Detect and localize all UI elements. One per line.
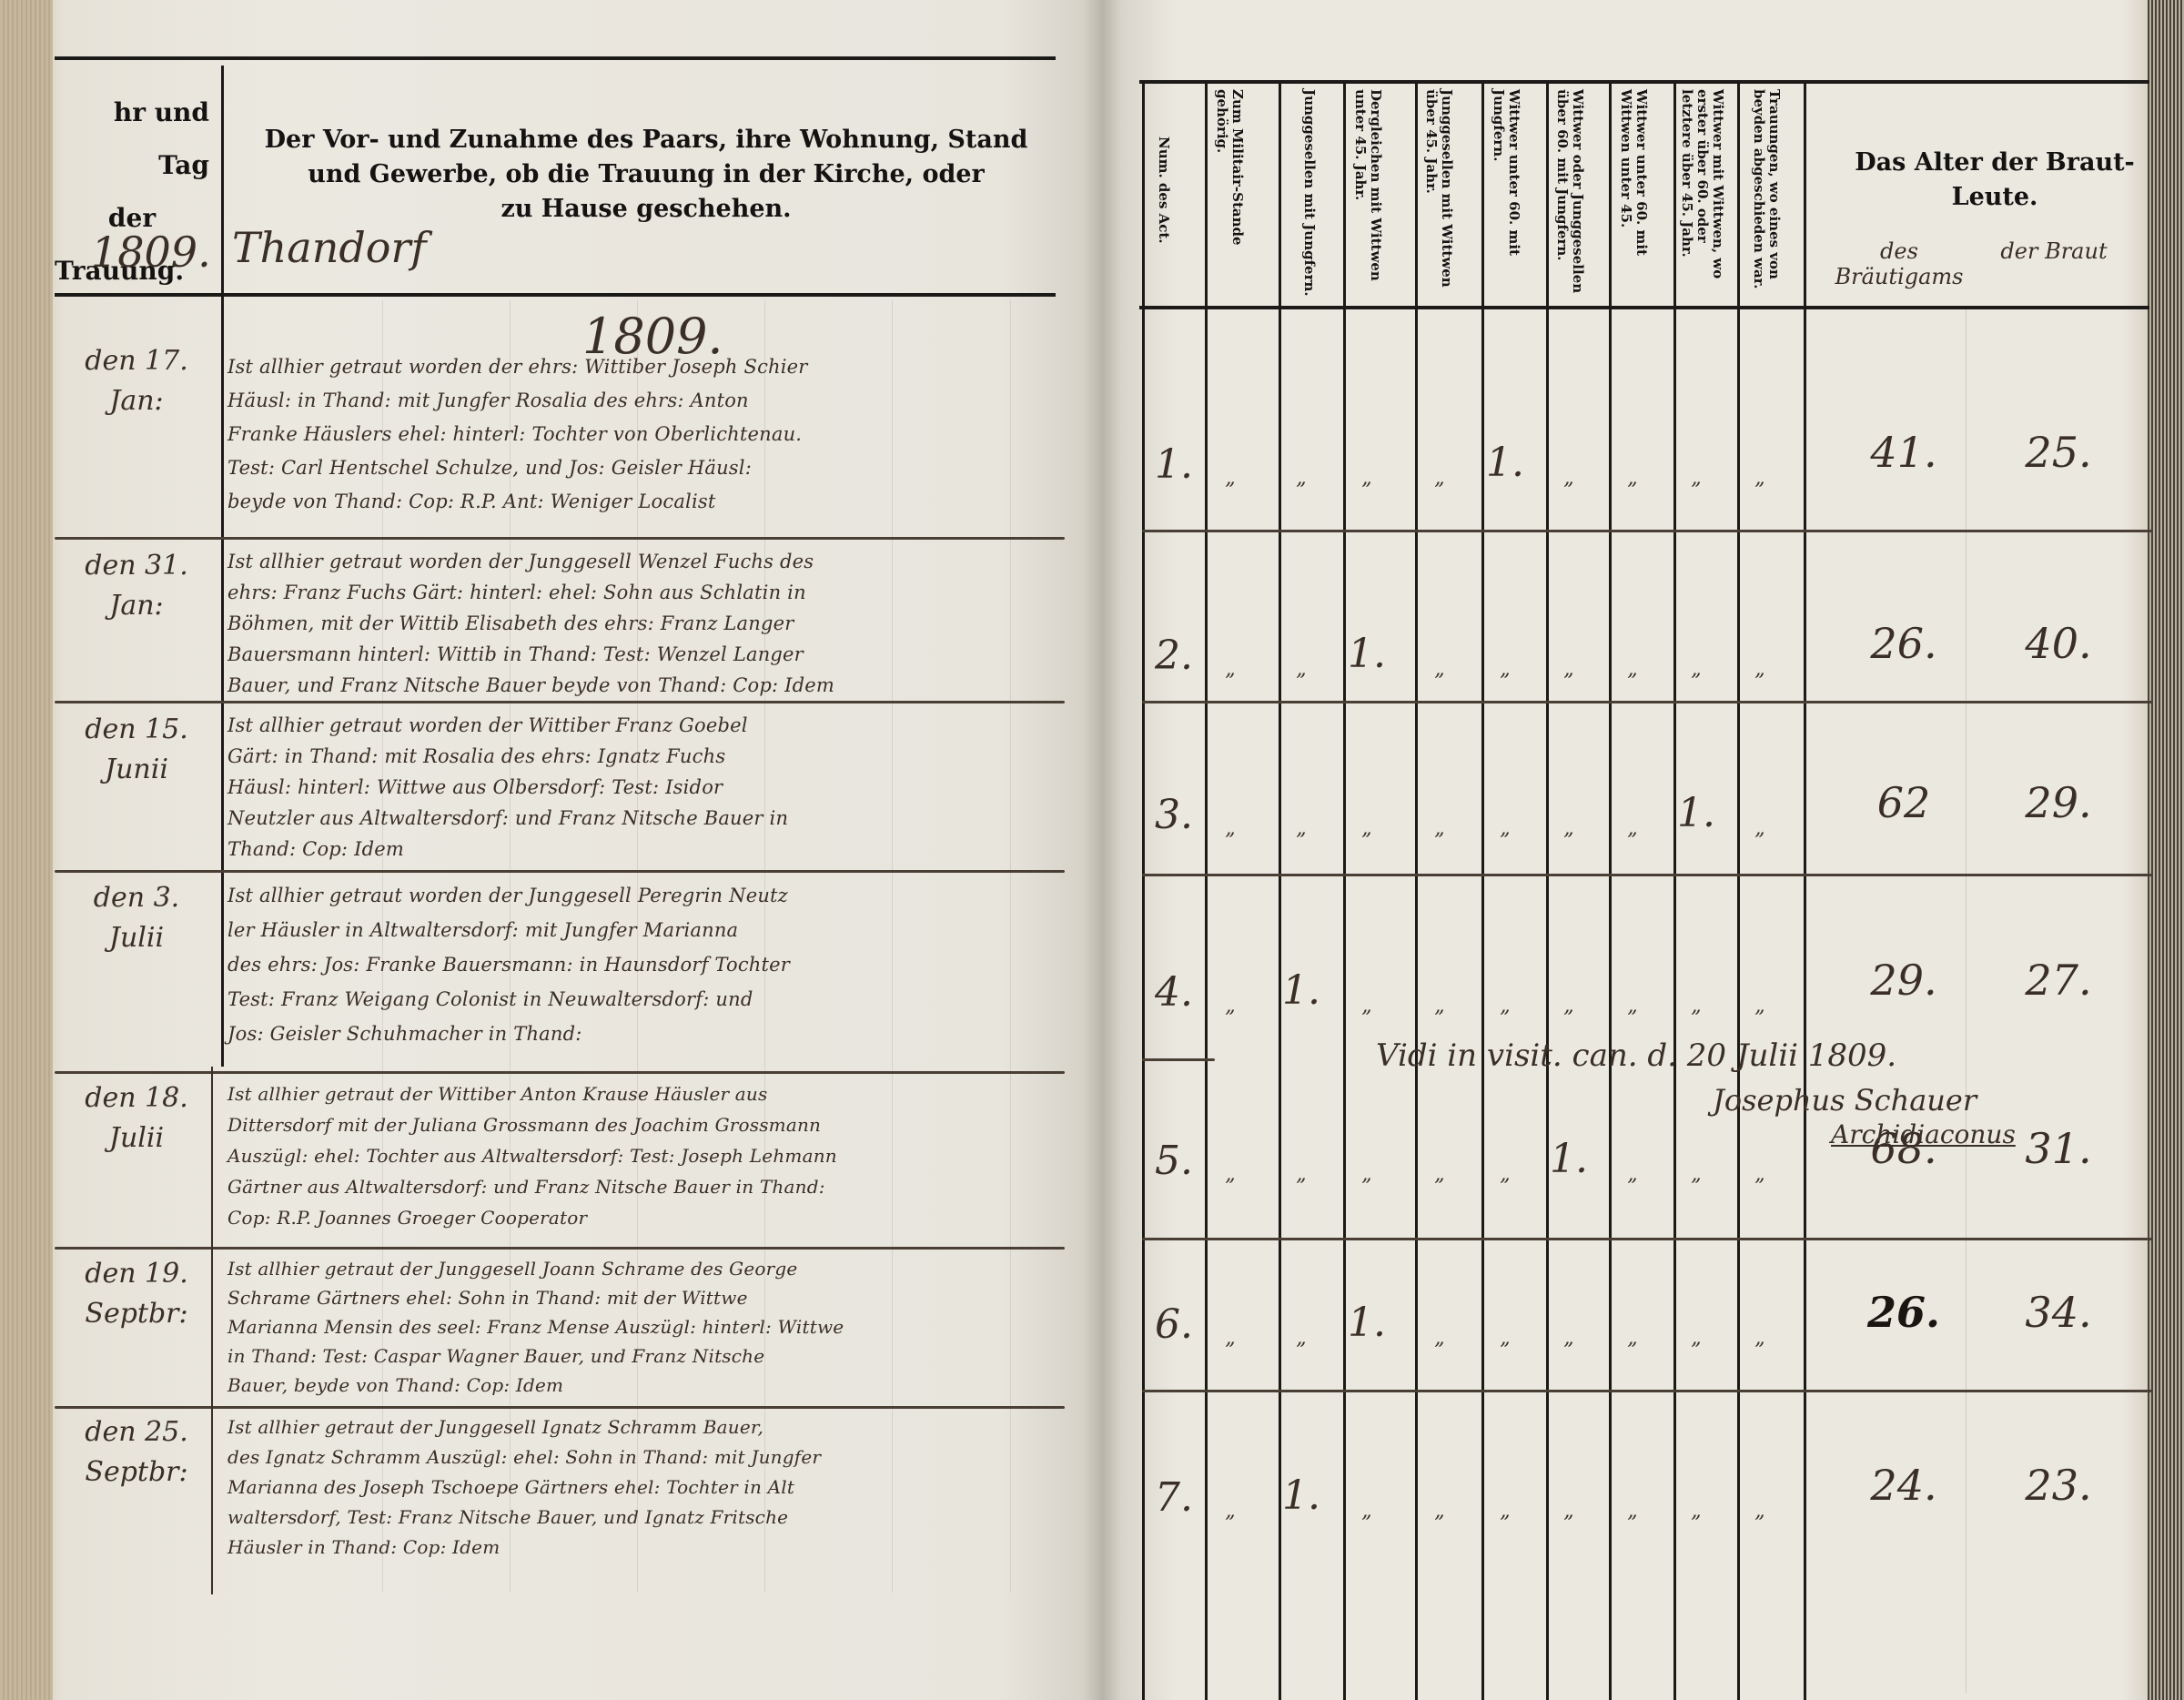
column-rule — [1804, 84, 1806, 1700]
ditto-mark: „ — [1542, 1327, 1596, 1350]
row-separator — [55, 1071, 1065, 1074]
entry-date: den 17. Jan: — [55, 341, 218, 421]
date-line: den 15. — [55, 710, 218, 750]
ditto-mark: „ — [1274, 817, 1329, 840]
ditto-mark: „ — [1605, 467, 1660, 490]
ditto-mark: „ — [1203, 817, 1258, 840]
date-line: Septbr: — [55, 1294, 218, 1334]
tally-count: 1. — [1274, 1472, 1329, 1519]
ditto-mark: „ — [1605, 1500, 1660, 1523]
ditto-mark: „ — [1733, 1163, 1787, 1186]
text-line: Cop: R.P. Joannes Groeger Cooperator — [227, 1202, 1065, 1233]
text-line: Bauer, beyde von Thand: Cop: Idem — [227, 1371, 1065, 1400]
ditto-mark: „ — [1733, 1327, 1787, 1350]
ditto-mark: „ — [1605, 1163, 1660, 1186]
row-separator — [55, 701, 1065, 703]
left-page: hr und Tag der Trauung. 1809. Der Vor- u… — [0, 0, 1103, 1700]
header-line: Der Vor- und Zunahme des Paars, ihre Woh… — [237, 123, 1056, 157]
header-widows-under-45: Dergleichen mit Wittwen unter 45. Jahr. — [1350, 89, 1383, 303]
row-separator — [1142, 1238, 2152, 1240]
text-line: Marianna des Joseph Tschoepe Gärtners eh… — [227, 1472, 1065, 1503]
ditto-mark: „ — [1340, 995, 1394, 1017]
text-line: Schrame Gärtners ehel: Sohn in Thand: mi… — [227, 1283, 1065, 1312]
ditto-mark: „ — [1478, 995, 1532, 1017]
visitation-signature: Josephus Schauer — [1713, 1083, 1977, 1118]
text-line: Ist allhier getraut worden der Junggesel… — [227, 878, 1065, 913]
groom-age-header: des Bräutigams — [1822, 238, 1977, 289]
ditto-mark: „ — [1605, 1327, 1660, 1350]
row-separator — [55, 870, 1065, 873]
header-widowers-under-60: Wittwer unter 60. mit Jungfern. — [1489, 89, 1522, 303]
header-divorced: Trauungen, wo eines von beyden abgeschie… — [1749, 89, 1782, 303]
book-page-edges — [0, 0, 53, 1700]
text-line: Häusl: hinterl: Wittwe aus Olbersdorf: T… — [227, 772, 1065, 803]
tally-count: 1. — [1478, 440, 1532, 486]
tally-row: 2.„„1.„„„„„„26.40. — [1103, 651, 2184, 724]
date-line: den 3. — [55, 878, 218, 918]
date-line: Julii — [55, 1118, 218, 1159]
text-line: in Thand: Test: Caspar Wagner Bauer, und… — [227, 1341, 1065, 1371]
entry-date: den 19. Septbr: — [55, 1254, 218, 1334]
text-line: beyde von Thand: Cop: R.P. Ant: Weniger … — [227, 485, 1065, 519]
visitation-note: Vidi in visit. can. d. 20 Julii 1809. — [1376, 1037, 1896, 1074]
ditto-mark: „ — [1412, 1500, 1467, 1523]
text-line: Ist allhier getraut worden der Junggesel… — [227, 546, 1065, 577]
column-rule — [1737, 84, 1740, 1700]
header-line: Das Alter der Braut- — [1822, 146, 2168, 180]
header-bachelors-widows-over-45: Junggesellen mit Wittwen über 45. Jahr. — [1421, 89, 1454, 303]
right-page: Num. des Act. Zum Militair-Stande gehöri… — [1103, 0, 2184, 1700]
date-line: Septbr: — [55, 1452, 218, 1493]
bride-age-header: der Braut — [1977, 238, 2131, 264]
entry-date: den 25. Septbr: — [55, 1412, 218, 1493]
text-line: des ehrs: Jos: Franke Bauersmann: in Hau… — [227, 947, 1065, 982]
date-line: den 18. — [55, 1078, 218, 1118]
groom-age: 62 — [1849, 778, 1958, 827]
bride-age: 31. — [2004, 1124, 2113, 1173]
tally-count: 1. — [1669, 790, 1724, 836]
ditto-mark: „ — [1203, 1163, 1258, 1186]
text-line: Franke Häuslers ehel: hinterl: Tochter v… — [227, 418, 1065, 451]
ditto-mark: „ — [1733, 467, 1787, 490]
column-rule — [1142, 84, 1145, 1700]
ditto-mark: „ — [1669, 1163, 1724, 1186]
header-line: und Gewerbe, ob die Trauung in der Kirch… — [237, 157, 1056, 192]
ditto-mark: „ — [1542, 467, 1596, 490]
ditto-mark: „ — [1274, 1163, 1329, 1186]
text-line: ehrs: Franz Fuchs Gärt: hinterl: ehel: S… — [227, 577, 1065, 608]
ditto-mark: „ — [1274, 658, 1329, 681]
column-rule — [1205, 84, 1208, 1700]
ditto-mark: „ — [1340, 1500, 1394, 1523]
row-separator — [55, 1247, 1065, 1250]
row-number: 2. — [1147, 632, 1201, 679]
header-line: zu Hause geschehen. — [237, 192, 1056, 227]
entry-text: Ist allhier getraut worden der Junggesel… — [227, 878, 1065, 1051]
ditto-mark: „ — [1274, 467, 1329, 490]
header-line: hr und Tag — [55, 86, 209, 192]
date-line: den 19. — [55, 1254, 218, 1294]
text-line: Test: Franz Weigang Colonist in Neuwalte… — [227, 982, 1065, 1017]
text-line: Ist allhier getraut der Junggesell Ignat… — [227, 1412, 1065, 1442]
bride-age: 40. — [2004, 619, 2113, 668]
ditto-mark: „ — [1542, 995, 1596, 1017]
ditto-mark: „ — [1412, 467, 1467, 490]
row-number: 1. — [1147, 441, 1201, 488]
text-line: Bauer, und Franz Nitsche Bauer beyde von… — [227, 670, 1065, 701]
entry-text: Ist allhier getraut worden der ehrs: Wit… — [227, 350, 1065, 519]
tally-row: 5.„„„„„1.„„„68.31. — [1103, 1156, 2184, 1229]
ditto-mark: „ — [1478, 1163, 1532, 1186]
ditto-mark: „ — [1412, 1327, 1467, 1350]
text-line: Test: Carl Hentschel Schulze, und Jos: G… — [227, 451, 1065, 485]
ditto-mark: „ — [1733, 995, 1787, 1017]
ditto-mark: „ — [1203, 467, 1258, 490]
ditto-mark: „ — [1203, 1327, 1258, 1350]
ditto-mark: „ — [1542, 1500, 1596, 1523]
column-rule — [1343, 84, 1346, 1700]
entry-date: den 15. Junii — [55, 710, 218, 790]
tally-count: 1. — [1542, 1136, 1596, 1182]
row-number: 3. — [1147, 792, 1201, 838]
entry-text: Ist allhier getraut der Junggesell Ignat… — [227, 1412, 1065, 1563]
date-line: Jan: — [55, 586, 218, 626]
ditto-mark: „ — [1542, 817, 1596, 840]
row-number: 6. — [1147, 1301, 1201, 1348]
date-line: Junii — [55, 750, 218, 790]
ditto-mark: „ — [1669, 467, 1724, 490]
tally-row: 6.„„1.„„„„„„26.34. — [1103, 1320, 2184, 1392]
tally-row: 1.„„„„1.„„„„41.25. — [1103, 460, 2184, 532]
tally-row: 3.„„„„„„„1.„6229. — [1103, 810, 2184, 883]
header-year: 1809. — [91, 228, 211, 277]
ditto-mark: „ — [1412, 817, 1467, 840]
ditto-mark: „ — [1478, 1500, 1532, 1523]
text-line: Häusler in Thand: Cop: Idem — [227, 1533, 1065, 1563]
ditto-mark: „ — [1412, 658, 1467, 681]
header-line: Leute. — [1822, 180, 2168, 215]
entry-text: Ist allhier getraut worden der Junggesel… — [227, 546, 1065, 701]
ditto-mark: „ — [1733, 1500, 1787, 1523]
column-rule — [1546, 84, 1549, 1700]
header-top-rule — [1139, 80, 2149, 84]
date-line: Julii — [55, 918, 218, 958]
visitation-title: Archidiaconus — [1831, 1119, 2016, 1149]
text-line: Ist allhier getraut der Wittiber Anton K… — [227, 1078, 1065, 1109]
text-line: Häusl: in Thand: mit Jungfer Rosalia des… — [227, 384, 1065, 418]
text-line: Böhmen, mit der Wittib Elisabeth des ehr… — [227, 608, 1065, 639]
parish-name: Thandorf — [232, 223, 427, 272]
ditto-mark: „ — [1340, 817, 1394, 840]
date-column-rule — [221, 66, 224, 1067]
bride-age: 29. — [2004, 778, 2113, 827]
ditto-mark: „ — [1478, 658, 1532, 681]
text-line: Bauersmann hinterl: Wittib in Thand: Tes… — [227, 639, 1065, 670]
column-rule — [1481, 84, 1484, 1700]
row-number: 7. — [1147, 1474, 1201, 1521]
ditto-mark: „ — [1412, 995, 1467, 1017]
header-num: Num. des Act. — [1156, 137, 1171, 300]
header-bottom-rule — [1139, 306, 2149, 309]
text-line: Gärt: in Thand: mit Rosalia des ehrs: Ig… — [227, 741, 1065, 772]
text-line: Thand: Cop: Idem — [227, 834, 1065, 865]
row-separator — [55, 1406, 1065, 1409]
ditto-mark: „ — [1605, 658, 1660, 681]
groom-age: 26. — [1849, 619, 1958, 668]
ditto-mark: „ — [1203, 1500, 1258, 1523]
ditto-mark: „ — [1478, 1327, 1532, 1350]
entry-column-header: Der Vor- und Zunahme des Paars, ihre Woh… — [237, 123, 1056, 227]
text-line: Dittersdorf mit der Juliana Grossmann de… — [227, 1109, 1065, 1140]
column-rule — [1673, 84, 1676, 1700]
ditto-mark: „ — [1274, 1327, 1329, 1350]
groom-age: 29. — [1849, 956, 1958, 1005]
ditto-mark: „ — [1733, 817, 1787, 840]
ages-header: Das Alter der Braut- Leute. — [1822, 146, 2168, 215]
header-over-60-maidens: Wittwer oder Junggesellen über 60. mit J… — [1552, 89, 1585, 303]
entry-text: Ist allhier getraut der Wittiber Anton K… — [227, 1078, 1065, 1233]
date-line: den 25. — [55, 1412, 218, 1452]
row-separator — [55, 537, 1065, 540]
text-line: Ist allhier getraut worden der Wittiber … — [227, 710, 1065, 741]
text-line: Auszügl: ehel: Tochter aus Altwaltersdor… — [227, 1140, 1065, 1171]
ditto-mark: „ — [1478, 817, 1532, 840]
bride-age: 34. — [2004, 1288, 2113, 1337]
entry-text: Ist allhier getraut der Junggesell Joann… — [227, 1254, 1065, 1400]
entry-date: den 3. Julii — [55, 878, 218, 958]
ditto-mark: „ — [1733, 658, 1787, 681]
column-rule — [1609, 84, 1612, 1700]
header-top-rule — [55, 56, 1056, 60]
groom-age: 24. — [1849, 1461, 1958, 1510]
row-number: 5. — [1147, 1138, 1201, 1184]
row-number: 4. — [1147, 969, 1201, 1016]
ditto-mark: „ — [1340, 467, 1394, 490]
header-military: Zum Militair-Stande gehörig. — [1212, 89, 1245, 303]
bride-age: 25. — [2004, 428, 2113, 477]
ditto-mark: „ — [1203, 658, 1258, 681]
date-line: den 17. Jan: — [55, 341, 218, 421]
ditto-mark: „ — [1669, 1327, 1724, 1350]
column-rule — [1415, 84, 1418, 1700]
entry-date: den 18. Julii — [55, 1078, 218, 1159]
groom-age: 41. — [1849, 428, 1958, 477]
text-line: Ist allhier getraut worden der ehrs: Wit… — [227, 350, 1065, 384]
text-line: Jos: Geisler Schuhmacher in Thand: — [227, 1017, 1065, 1051]
text-line: Gärtner aus Altwaltersdorf: und Franz Ni… — [227, 1171, 1065, 1202]
bride-age: 27. — [2004, 956, 2113, 1005]
ditto-mark: „ — [1412, 1163, 1467, 1186]
ditto-mark: „ — [1340, 1163, 1394, 1186]
entry-text: Ist allhier getraut worden der Wittiber … — [227, 710, 1065, 865]
text-line: Ist allhier getraut der Junggesell Joann… — [227, 1254, 1065, 1283]
groom-age: 26. — [1849, 1288, 1958, 1337]
ditto-mark: „ — [1669, 1500, 1724, 1523]
date-line: den 31. — [55, 546, 218, 586]
ditto-mark: „ — [1605, 817, 1660, 840]
header-widowers-widows: Wittwer unter 60. mit Wittwen unter 45. — [1616, 89, 1649, 303]
header-widowers-widows-over: Wittwer mit Wittwen, wo erster über 60. … — [1678, 89, 1725, 303]
ditto-mark: „ — [1542, 658, 1596, 681]
header-bachelors-maidens: Junggesellen mit Jungfern. — [1301, 89, 1317, 303]
entry-date: den 31. Jan: — [55, 546, 218, 626]
tally-count: 1. — [1274, 967, 1329, 1014]
ditto-mark: „ — [1203, 995, 1258, 1017]
text-line: Neutzler aus Altwaltersdorf: und Franz N… — [227, 803, 1065, 834]
ditto-mark: „ — [1605, 995, 1660, 1017]
column-rule — [1279, 84, 1281, 1700]
text-line: des Ignatz Schramm Auszügl: ehel: Sohn i… — [227, 1442, 1065, 1472]
tally-count: 1. — [1340, 1300, 1394, 1346]
tally-count: 1. — [1340, 631, 1394, 677]
tally-row: 7.„1.„„„„„„„24.23. — [1103, 1493, 2184, 1565]
text-line: Marianna Mensin des seel: Franz Mense Au… — [227, 1312, 1065, 1341]
text-line: waltersdorf, Test: Franz Nitsche Bauer, … — [227, 1503, 1065, 1533]
ditto-mark: „ — [1669, 658, 1724, 681]
ditto-mark: „ — [1669, 995, 1724, 1017]
bride-age: 23. — [2004, 1461, 2113, 1510]
text-line: ler Häusler in Altwaltersdorf: mit Jungf… — [227, 913, 1065, 947]
